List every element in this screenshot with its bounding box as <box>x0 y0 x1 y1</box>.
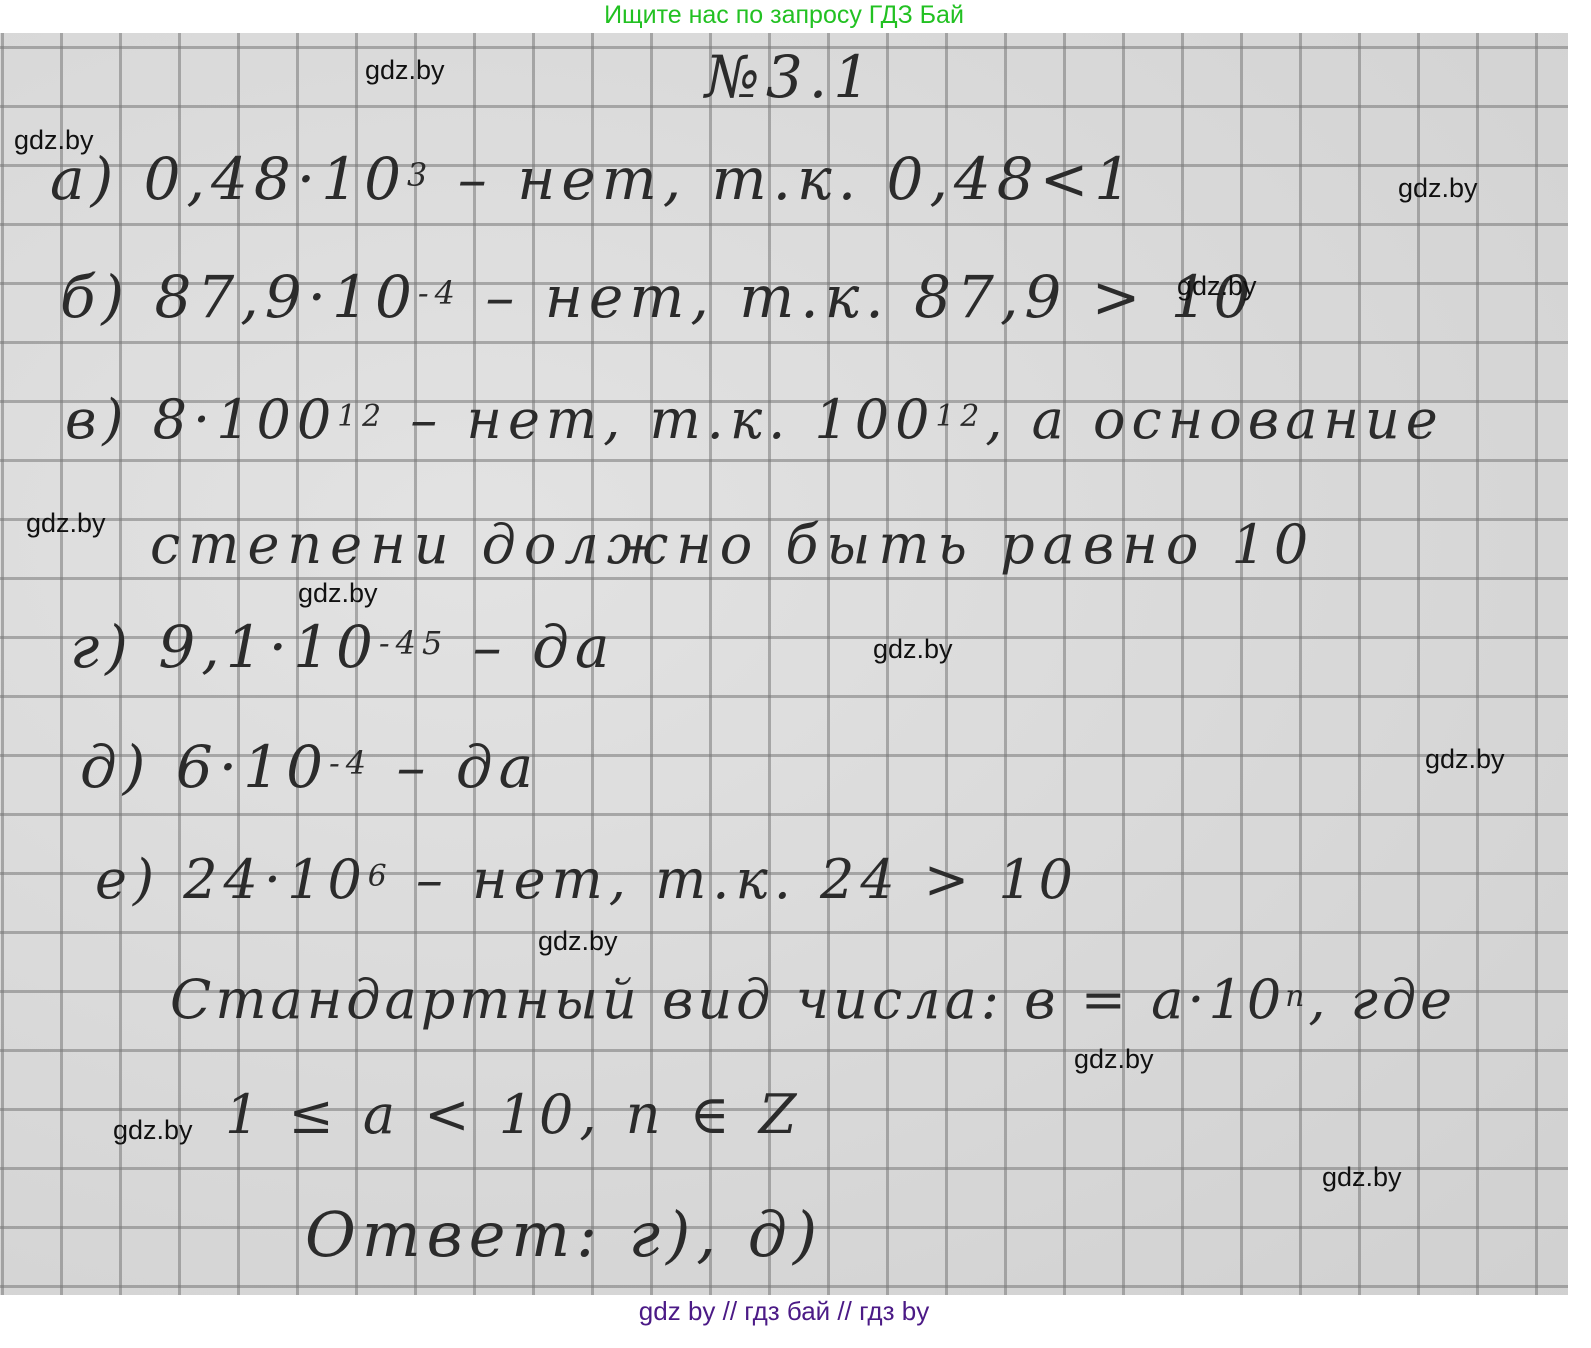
watermark: gdz.by <box>1177 271 1257 302</box>
item-e: е) 24·106 – нет, т.к. 24 > 10 <box>95 848 1079 911</box>
watermark: gdz.by <box>1398 173 1478 204</box>
item-exponent: -4 <box>329 744 372 782</box>
item-g: г) 9,1·10-45 – да <box>70 613 615 681</box>
notebook-page: №3.1 а) 0,48·103 – нет, т.к. 0,48<1 б) 8… <box>0 33 1568 1295</box>
watermark: gdz.by <box>1425 744 1505 775</box>
watermark: gdz.by <box>298 578 378 609</box>
watermark: gdz.by <box>14 125 94 156</box>
item-label: б) <box>60 263 130 331</box>
item-b: б) 87,9·10-4 – нет, т.к. 87,9 > 10 <box>60 263 1257 331</box>
item-verdict: – нет, т.к. 24 > 10 <box>416 848 1079 911</box>
item-exponent: 12 <box>337 399 387 434</box>
item-verdict: – нет, т.к. 100 <box>410 388 935 451</box>
item-expression: 24·10 <box>183 848 368 911</box>
item-exponent: -45 <box>379 624 448 662</box>
watermark: gdz.by <box>873 634 953 665</box>
watermark: gdz.by <box>365 55 445 86</box>
rule-exponent: n <box>1285 979 1308 1014</box>
standard-form-rule: Стандартный вид числа: в = а·10n, где <box>170 968 1456 1031</box>
item-exponent: 3 <box>407 156 433 194</box>
task-title: №3.1 <box>705 43 876 111</box>
standard-form-condition: 1 ≤ а < 10, n ∈ Z <box>225 1083 802 1146</box>
item-expression: 8·100 <box>153 388 338 451</box>
item-verdict-exponent: 12 <box>935 399 985 434</box>
footer-links: gdz by // гдз бай // гдз by <box>0 1295 1568 1335</box>
item-exponent: 6 <box>368 859 393 894</box>
item-v: в) 8·10012 – нет, т.к. 10012, а основани… <box>65 388 1444 451</box>
answer: Ответ: г), д) <box>305 1198 823 1271</box>
item-expression: 87,9·10 <box>154 263 417 331</box>
rule-text: Стандартный вид числа: в = а·10 <box>170 968 1285 1031</box>
item-verdict: – да <box>473 613 616 681</box>
item-expression: 0,48·10 <box>144 145 407 213</box>
rule-tail: , где <box>1308 968 1456 1031</box>
item-label: д) <box>80 733 151 801</box>
item-label: в) <box>65 388 130 451</box>
item-verdict-tail: , а основание <box>985 388 1443 451</box>
watermark: gdz.by <box>538 926 618 957</box>
item-verdict: – да <box>396 733 539 801</box>
watermark: gdz.by <box>1074 1044 1154 1075</box>
item-expression: 6·10 <box>176 733 329 801</box>
item-a: а) 0,48·103 – нет, т.к. 0,48<1 <box>50 145 1137 213</box>
watermark: gdz.by <box>1322 1162 1402 1193</box>
watermark: gdz.by <box>113 1115 193 1146</box>
search-banner: Ищите нас по запросу ГДЗ Бай <box>0 0 1568 33</box>
item-d: д) 6·10-4 – да <box>80 733 539 801</box>
watermark: gdz.by <box>26 508 106 539</box>
item-v-continuation: степени должно быть равно 10 <box>150 513 1316 576</box>
item-exponent: -4 <box>418 274 461 312</box>
item-label: е) <box>95 848 160 911</box>
item-verdict: – нет, т.к. 87,9 > 10 <box>485 263 1256 331</box>
item-label: г) <box>70 613 134 681</box>
item-verdict: – нет, т.к. 0,48<1 <box>458 145 1137 213</box>
item-expression: 9,1·10 <box>158 613 378 681</box>
